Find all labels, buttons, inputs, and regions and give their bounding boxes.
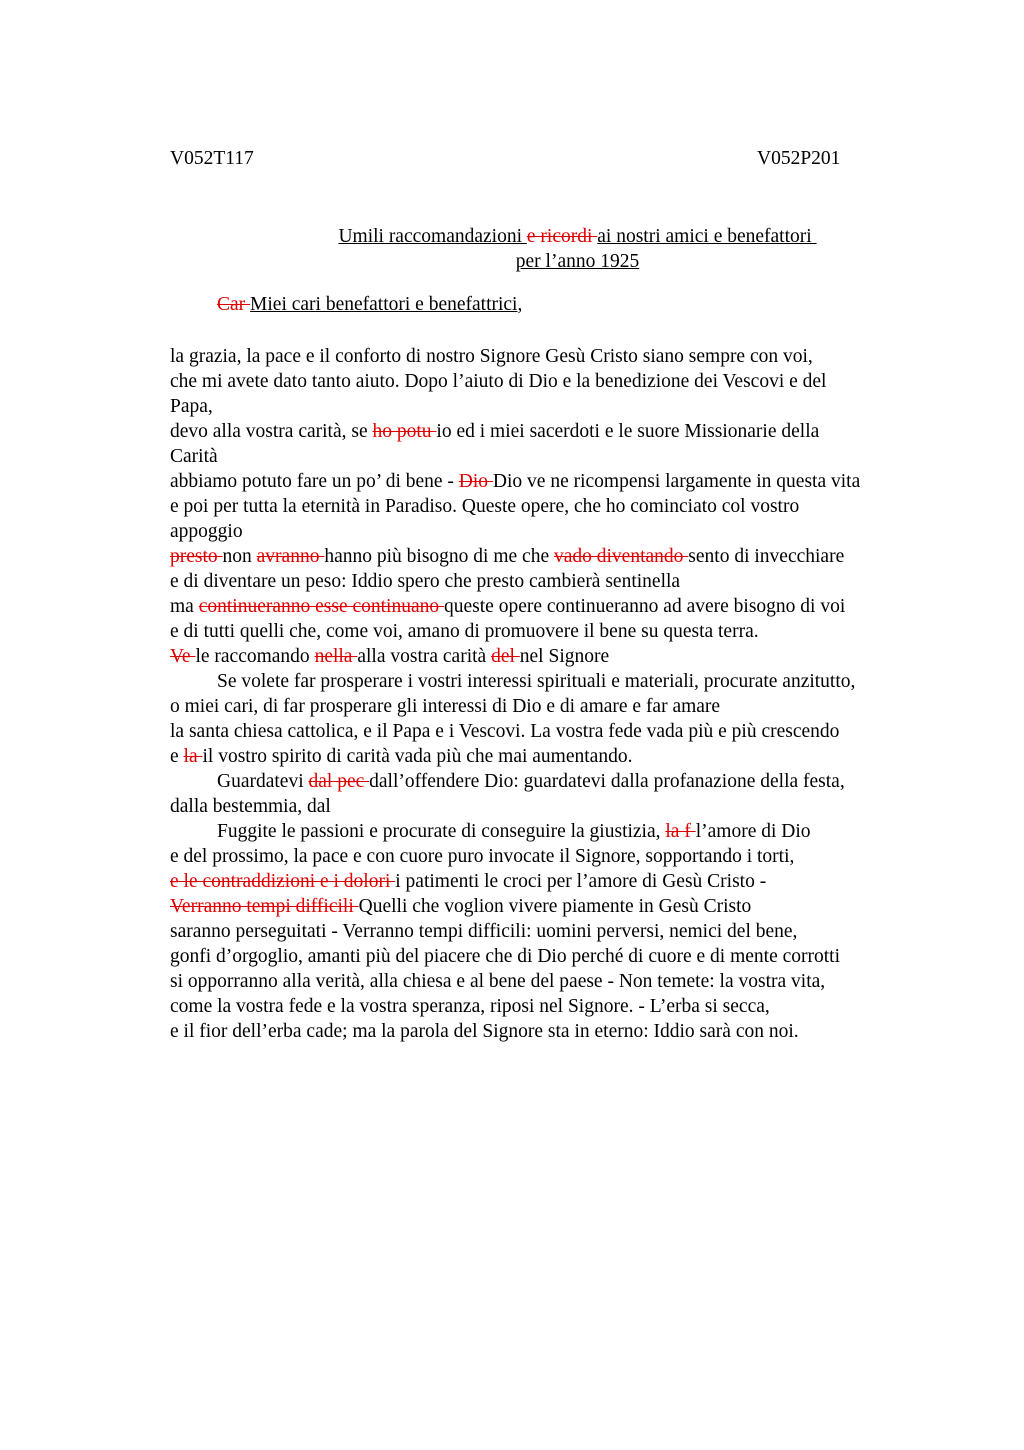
text-run: gonfi d’orgoglio, amanti più del piacere… (170, 946, 840, 967)
text-run: e il fior dell’erba cade; ma la parola d… (170, 1021, 799, 1042)
text-run: la grazia, la pace e il conforto di nost… (170, 346, 813, 367)
text-run: e di diventare un peso: Iddio spero che … (170, 571, 680, 592)
text-line: saranno perseguitati - Verranno tempi di… (170, 919, 1010, 944)
text-run: non (223, 546, 257, 567)
text-run: che mi avete dato tanto aiuto. Dopo l’ai… (170, 371, 826, 392)
header-code-right: V052P201 (757, 146, 840, 171)
text-line: presto non avranno hanno più bisogno di … (170, 544, 1010, 569)
text-run: ma (170, 596, 199, 617)
text-run: saranno perseguitati - Verranno tempi di… (170, 921, 797, 942)
text-run: il vostro spirito di carità vada più che… (202, 746, 632, 767)
text-line: dalla bestemmia, dal (170, 794, 1010, 819)
text-run: l’amore di Dio (696, 821, 811, 842)
text-line: e le contraddizioni e i dolori i patimen… (170, 869, 1010, 894)
text-run: , (517, 294, 522, 315)
deleted-text: Dio (459, 471, 493, 492)
text-line: la grazia, la pace e il conforto di nost… (170, 344, 1010, 369)
deleted-text: vado diventando (554, 546, 688, 567)
text-line: appoggio (170, 519, 1010, 544)
text-run: appoggio (170, 521, 243, 542)
text-run: devo alla vostra carità, se (170, 421, 373, 442)
text-line: come la vostra fede e la vostra speranza… (170, 994, 1010, 1019)
deleted-text: la (184, 746, 203, 767)
text-line: Papa, (170, 394, 1010, 419)
text-line: che mi avete dato tanto aiuto. Dopo l’ai… (170, 369, 1010, 394)
text-line: Ve le raccomando nella alla vostra carit… (170, 644, 1010, 669)
deleted-text: dal pec (309, 771, 370, 792)
deleted-text: Car (217, 294, 250, 315)
text-run: queste opere continueranno ad avere biso… (444, 596, 845, 617)
document-title: Umili raccomandazioni e ricordi ai nostr… (170, 224, 985, 274)
underlined-text: Miei cari benefattori e benefattrici (250, 294, 517, 315)
text-run: nel Signore (520, 646, 609, 667)
deleted-text: Verranno tempi difficili (170, 896, 359, 917)
deleted-text: e ricordi (527, 226, 597, 247)
text-run: hanno più bisogno di me che (324, 546, 554, 567)
deleted-text: presto (170, 546, 223, 567)
text-line: Guardatevi dal pec dall’offendere Dio: g… (170, 769, 1010, 794)
text-run: alla vostra carità (357, 646, 491, 667)
text-run: dalla bestemmia, dal (170, 796, 331, 817)
text-run: Papa, (170, 396, 213, 417)
deleted-text: del (491, 646, 520, 667)
text-line: e di tutti quelli che, come voi, amano d… (170, 619, 1010, 644)
text-run: si opporranno alla verità, alla chiesa e… (170, 971, 825, 992)
underlined-text: Umili raccomandazioni (338, 226, 526, 247)
text-run: e poi per tutta la eternità in Paradiso.… (170, 496, 799, 517)
text-line: Carità (170, 444, 1010, 469)
text-run: Fuggite le passioni e procurate di conse… (217, 821, 665, 842)
text-line: si opporranno alla verità, alla chiesa e… (170, 969, 1010, 994)
text-line: la santa chiesa cattolica, e il Papa e i… (170, 719, 1010, 744)
title-line: Umili raccomandazioni e ricordi ai nostr… (170, 224, 985, 249)
text-line: ma continueranno esse continuano queste … (170, 594, 1010, 619)
text-run: come la vostra fede e la vostra speranza… (170, 996, 770, 1017)
underlined-text: per l’anno 1925 (516, 251, 639, 272)
deleted-text: ho potu (373, 421, 437, 442)
text-line: e poi per tutta la eternità in Paradiso.… (170, 494, 1010, 519)
deleted-text: continueranno esse continuano (199, 596, 444, 617)
text-run: sento di invecchiare (688, 546, 844, 567)
text-run: la santa chiesa cattolica, e il Papa e i… (170, 721, 839, 742)
header-code-left: V052T117 (170, 148, 254, 169)
text-run: io ed i miei sacerdoti e le suore Missio… (436, 421, 819, 442)
text-line: e di diventare un peso: Iddio spero che … (170, 569, 1010, 594)
text-run: e del prossimo, la pace e con cuore puro… (170, 846, 794, 867)
text-line: Verranno tempi difficili Quelli che vogl… (170, 894, 1010, 919)
text-run: e di tutti quelli che, come voi, amano d… (170, 621, 759, 642)
deleted-text: avranno (257, 546, 325, 567)
salutation-line: Car Miei cari benefattori e benefattrici… (170, 292, 522, 317)
text-line: Fuggite le passioni e procurate di conse… (170, 819, 1010, 844)
text-run: Dio ve ne ricompensi largamente in quest… (493, 471, 860, 492)
text-run: i patimenti le croci per l’amore di Gesù… (395, 871, 766, 892)
text-line: Se volete far prosperare i vostri intere… (170, 669, 1010, 694)
deleted-text: la f (665, 821, 695, 842)
deleted-text: nella (315, 646, 358, 667)
text-run: Quelli che voglion vivere piamente in Ge… (359, 896, 752, 917)
text-line: e la il vostro spirito di carità vada pi… (170, 744, 1010, 769)
text-run: o miei cari, di far prosperare gli inter… (170, 696, 720, 717)
text-line: abbiamo potuto fare un po’ di bene - Dio… (170, 469, 1010, 494)
text-line: gonfi d’orgoglio, amanti più del piacere… (170, 944, 1010, 969)
document-page: V052T117 V052P201 Umili raccomandazioni … (0, 0, 1024, 1450)
deleted-text: e le contraddizioni e i dolori (170, 871, 395, 892)
text-line: o miei cari, di far prosperare gli inter… (170, 694, 1010, 719)
title-line: per l’anno 1925 (170, 249, 985, 274)
text-run: le raccomando (195, 646, 314, 667)
text-line: e il fior dell’erba cade; ma la parola d… (170, 1019, 1010, 1044)
text-line: devo alla vostra carità, se ho potu io e… (170, 419, 1010, 444)
text-run: Se volete far prosperare i vostri intere… (217, 671, 855, 692)
page-header: V052T117 V052P201 (170, 146, 985, 171)
text-run: dall’offendere Dio: guardatevi dalla pro… (369, 771, 845, 792)
deleted-text: Ve (170, 646, 195, 667)
letter-body: la grazia, la pace e il conforto di nost… (170, 344, 1010, 1044)
underlined-text: ai nostri amici e benefattori (597, 226, 816, 247)
text-run: Carità (170, 446, 218, 467)
text-line: e del prossimo, la pace e con cuore puro… (170, 844, 1010, 869)
text-run: abbiamo potuto fare un po’ di bene - (170, 471, 459, 492)
text-run: Guardatevi (217, 771, 309, 792)
text-run: e (170, 746, 184, 767)
